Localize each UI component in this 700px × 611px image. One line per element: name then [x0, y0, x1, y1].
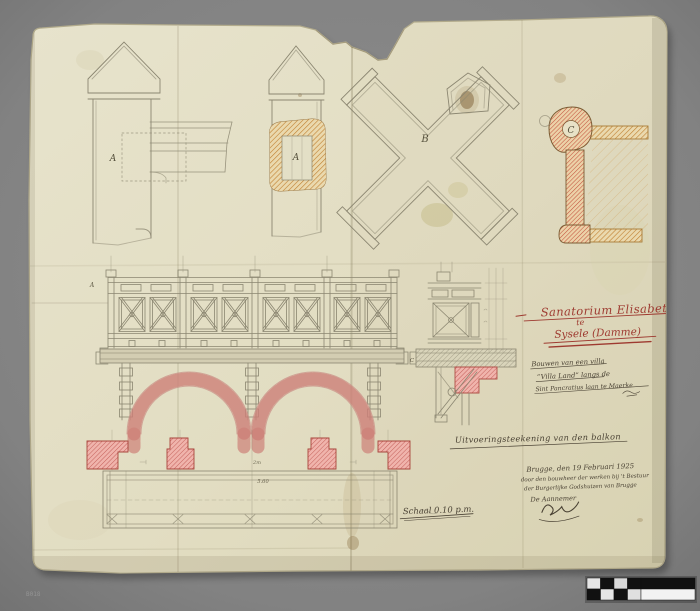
plan-dimension-upper: 2m [252, 460, 261, 466]
label-tower-right: A [292, 153, 300, 163]
plan-dimension-lower: 5.60 [257, 479, 269, 485]
label-rail-a: A [89, 282, 95, 289]
archival-photograph: Sanatorium Elisabeth te Sysele (Damme) B… [0, 0, 700, 611]
photo-scale-checker-icon [587, 578, 695, 600]
label-cross-b: B [420, 134, 428, 145]
archive-mark: B018 [26, 591, 41, 598]
drawing-photo-canvas: Sanatorium Elisabeth te Sysele (Damme) B… [0, 0, 700, 611]
colophon-line4: De Aannemer [529, 494, 577, 504]
title-line2: te [576, 318, 585, 327]
fold-crease-right [522, 20, 523, 568]
label-tower-left: A [109, 154, 117, 164]
balcony-beam [96, 348, 408, 364]
photo-scale-bar [585, 576, 697, 603]
paper-edge-shading [652, 18, 666, 563]
label-detail-c: C [568, 126, 575, 136]
